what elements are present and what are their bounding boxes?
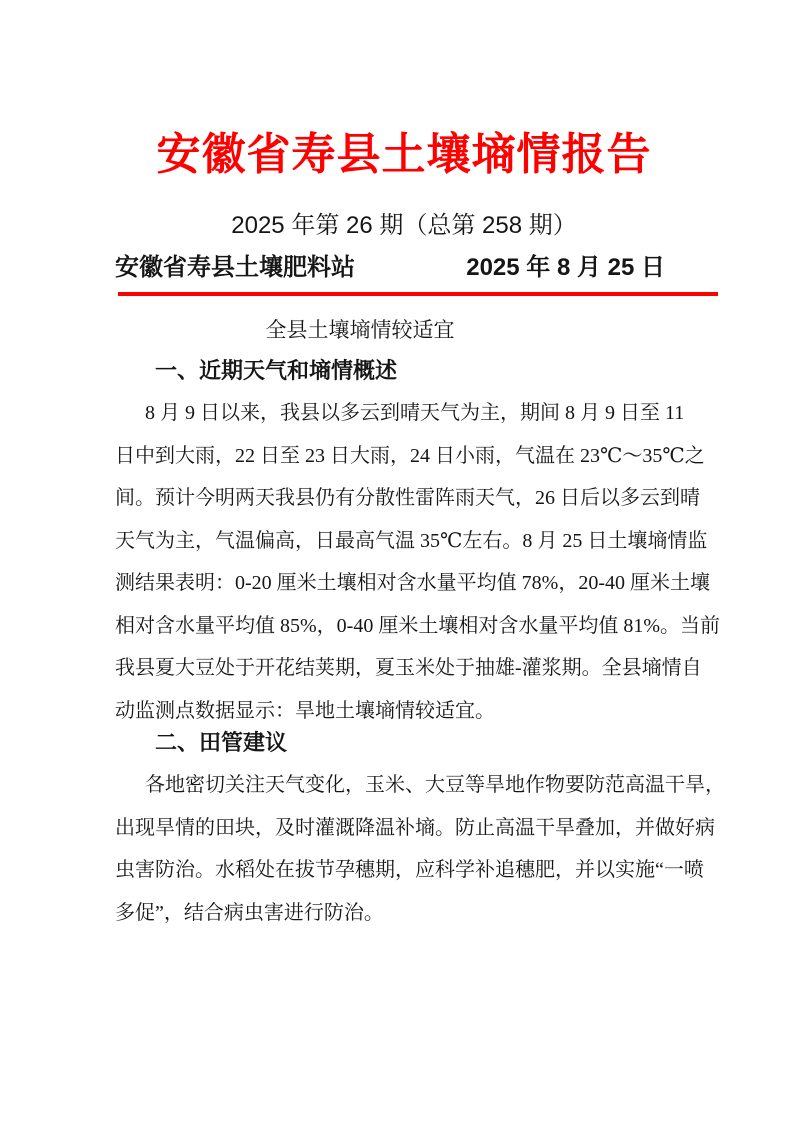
report-title: 安徽省寿县土壤墒情报告 (115, 130, 693, 180)
paragraph-line: 天气为主，气温偏高，日最高气温 35℃左右。8 月 25 日土壤墒情监 (115, 520, 693, 563)
paragraph-line: 动监测点数据显示：旱地土壤墒情较适宜。 (115, 690, 693, 733)
issue-number-line: 2025 年第 26 期（总第 258 期） (115, 210, 693, 242)
paragraph-line: 8 月 9 日以来，我县以多云到晴天气为主，期间 8 月 9 日至 11 (115, 392, 693, 435)
report-page: 安徽省寿县土壤墒情报告 2025 年第 26 期（总第 258 期） 安徽省寿县… (0, 0, 793, 1122)
report-content: 安徽省寿县土壤墒情报告 2025 年第 26 期（总第 258 期） 安徽省寿县… (115, 130, 693, 934)
paragraph-line: 出现旱情的田块，及时灌溉降温补墒。防止高温干旱叠加，并做好病 (115, 807, 693, 850)
subject-line: 全县土壤墒情较适宜 (115, 316, 605, 344)
header-row: 安徽省寿县土壤肥料站 2025 年 8 月 25 日 (115, 252, 693, 284)
paragraph-line: 多促”，结合病虫害进行防治。 (115, 892, 693, 935)
paragraph-line: 虫害防治。水稻处在拔节孕穗期，应科学补追穗肥，并以实施“一喷 (115, 849, 693, 892)
section-1-paragraph: 8 月 9 日以来，我县以多云到晴天气为主，期间 8 月 9 日至 11日中到大… (115, 392, 693, 732)
paragraph-line: 间。预计今明两天我县仍有分散性雷阵雨天气，26 日后以多云到晴 (115, 477, 693, 520)
paragraph-line: 我县夏大豆处于开花结荚期，夏玉米处于抽雄-灌浆期。全县墒情自 (115, 647, 693, 690)
paragraph-line: 各地密切关注天气变化，玉米、大豆等旱地作物要防范高温干旱， (115, 764, 693, 807)
red-divider-rule (118, 292, 718, 296)
section-2-heading: 二、田管建议 (115, 728, 693, 758)
paragraph-line: 测结果表明：0-20 厘米土壤相对含水量平均值 78%，20-40 厘米土壤 (115, 562, 693, 605)
section-weather-overview: 一、近期天气和墒情概述 8 月 9 日以来，我县以多云到晴天气为主，期间 8 月… (115, 356, 693, 732)
section-2-paragraph: 各地密切关注天气变化，玉米、大豆等旱地作物要防范高温干旱，出现旱情的田块，及时灌… (115, 764, 693, 934)
paragraph-line: 相对含水量平均值 85%，0-40 厘米土壤相对含水量平均值 81%。当前 (115, 605, 693, 648)
section-field-advice: 二、田管建议 各地密切关注天气变化，玉米、大豆等旱地作物要防范高温干旱，出现旱情… (115, 728, 693, 934)
organization-name: 安徽省寿县土壤肥料站 (115, 252, 355, 284)
report-date: 2025 年 8 月 25 日 (466, 252, 665, 284)
paragraph-line: 日中到大雨，22 日至 23 日大雨，24 日小雨，气温在 23℃～35℃之 (115, 435, 693, 478)
section-1-heading: 一、近期天气和墒情概述 (115, 356, 693, 386)
